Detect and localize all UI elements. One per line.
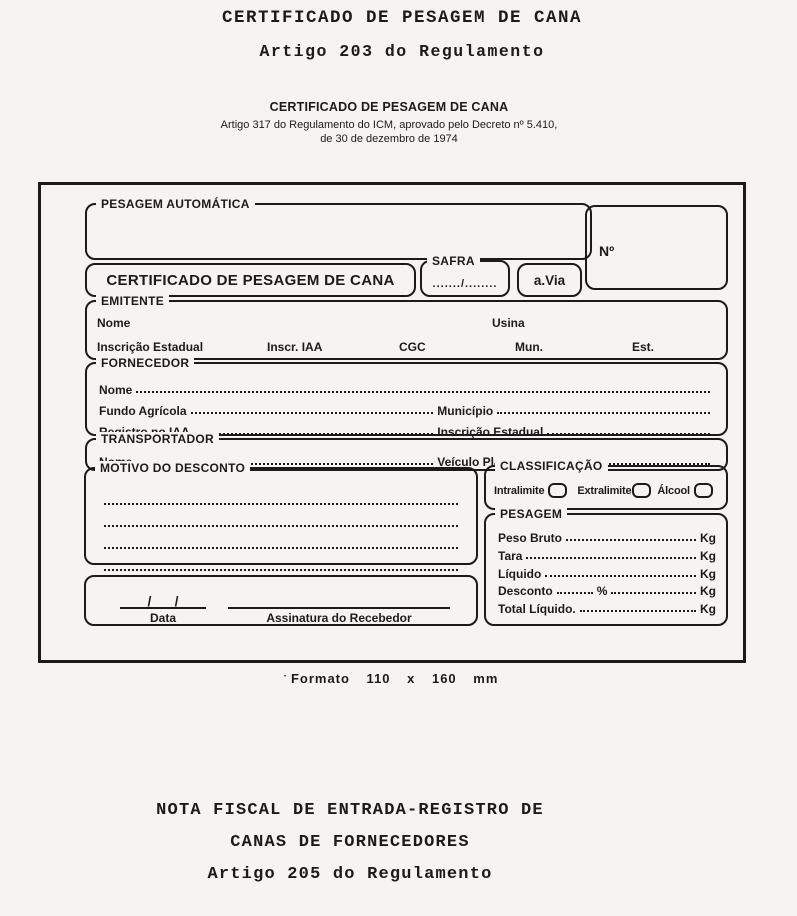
dotted-fill-line — [547, 433, 710, 435]
dotted-fill-line — [497, 412, 710, 414]
fornecedor-legend: FORNECEDOR — [96, 356, 194, 370]
data-label: Data — [120, 611, 206, 625]
motivo-dotted-line — [100, 487, 462, 509]
motivo-desconto-section: MOTIVO DO DESCONTO — [84, 467, 478, 565]
footer-title-block: NOTA FISCAL DE ENTRADA-REGISTRO DE CANAS… — [85, 801, 615, 897]
signature-field-line — [228, 587, 450, 609]
footer-line1: NOTA FISCAL DE ENTRADA-REGISTRO DE — [85, 801, 615, 820]
caption-text: Formato 110 x 160 mm — [291, 671, 498, 686]
fornecedor-nome-row: Nome — [99, 376, 714, 397]
fornecedor-municipio-label: Município — [437, 404, 493, 418]
scanned-document-page: CERTIFICADO DE PESAGEM DE CANA Artigo 20… — [0, 0, 797, 916]
liquido-label: Líquido — [498, 567, 541, 581]
fornecedor-nome-label: Nome — [99, 383, 132, 397]
pesagem-row-liquido: Líquido Kg — [498, 564, 716, 581]
format-caption: ·Formato 110 x 160 mm — [0, 671, 782, 686]
pesagem-legend: PESAGEM — [495, 507, 567, 521]
document-title-block: CERTIFICADO DE PESAGEM DE CANA Artigo 20… — [12, 8, 792, 61]
dotted-fill-line — [104, 503, 458, 505]
dotted-fill-line — [191, 412, 434, 414]
via-label: a.Via — [534, 273, 565, 288]
form-header-title: CERTIFICADO DE PESAGEM DE CANA — [0, 100, 778, 114]
percent-label: % — [597, 584, 608, 598]
fornecedor-fundo-row: Fundo Agrícola Município — [99, 397, 714, 418]
form-header: CERTIFICADO DE PESAGEM DE CANA Artigo 31… — [0, 100, 778, 146]
pesagem-section: PESAGEM Peso Bruto Kg Tara Kg Líquido Kg — [484, 513, 728, 626]
desconto-label: Desconto — [498, 584, 553, 598]
tara-label: Tara — [498, 549, 522, 563]
numero-box: Nº — [585, 205, 728, 290]
kg-unit-label: Kg — [700, 602, 716, 616]
via-box: a.Via — [517, 263, 582, 297]
certificado-title: CERTIFICADO DE PESAGEM DE CANA — [106, 272, 394, 289]
safra-legend: SAFRA — [427, 254, 480, 268]
alcool-checkbox — [694, 483, 713, 498]
kg-unit-label: Kg — [700, 584, 716, 598]
fornecedor-section: FORNECEDOR Nome Fundo Agrícola Município — [85, 362, 728, 436]
classificacao-section: CLASSIFICAÇÃO Intralimite Extralimite Ál… — [484, 465, 728, 510]
emitente-cgc-label: CGC — [399, 340, 426, 354]
dotted-fill-line — [545, 575, 696, 577]
form-outline: PESAGEM AUTOMÁTICA Nº CERTIFICADO DE PES… — [38, 182, 746, 663]
emitente-section: EMITENTE Nome Usina Inscrição Estadual I… — [85, 300, 728, 360]
page-subtitle: Artigo 203 do Regulamento — [12, 42, 792, 61]
emitente-usina-label: Usina — [492, 316, 525, 330]
peso-bruto-label: Peso Bruto — [498, 531, 562, 545]
footer-line3: Artigo 205 do Regulamento — [85, 865, 615, 884]
recebimento-box: / / Data Assinatura do Recebedor — [84, 575, 478, 626]
dotted-fill-line — [580, 610, 696, 612]
kg-unit-label: Kg — [700, 531, 716, 545]
date-field-line: / / — [120, 587, 206, 609]
kg-unit-label: Kg — [700, 549, 716, 563]
kg-unit-label: Kg — [700, 567, 716, 581]
dotted-fill-line — [611, 592, 696, 594]
emitente-inscr-iaa-label: Inscr. IAA — [267, 340, 322, 354]
safra-section: SAFRA ......./........ — [420, 260, 510, 297]
pesagem-row-total-liquido: Total Líquido. Kg — [498, 599, 716, 616]
classificacao-legend: CLASSIFICAÇÃO — [495, 459, 608, 473]
emitente-est-label: Est. — [632, 340, 654, 354]
dotted-fill-line — [194, 433, 434, 435]
form-header-line1: Artigo 317 do Regulamento do ICM, aprova… — [0, 119, 778, 133]
pesagem-row-desconto: Desconto % Kg — [498, 581, 716, 598]
safra-value: ......./........ — [422, 278, 508, 290]
intralimite-label: Intralimite — [494, 485, 544, 497]
total-liquido-label: Total Líquido. — [498, 602, 576, 616]
form-header-line2: de 30 de dezembro de 1974 — [0, 133, 778, 147]
dotted-fill-line — [104, 525, 458, 527]
emitente-mun-label: Mun. — [515, 340, 543, 354]
motivo-dotted-line — [100, 509, 462, 531]
transportador-legend: TRANSPORTADOR — [96, 432, 219, 446]
pesagem-row-tara: Tara Kg — [498, 546, 716, 563]
emitente-nome-label: Nome — [97, 316, 130, 330]
fornecedor-inscricao-label: Inscrição Estadual — [437, 425, 543, 439]
dotted-fill-line — [104, 547, 458, 549]
pesagem-automatica-section: PESAGEM AUTOMÁTICA — [85, 203, 592, 260]
dotted-fill-line — [104, 569, 458, 571]
page-title: CERTIFICADO DE PESAGEM DE CANA — [12, 8, 792, 28]
numero-label: Nº — [599, 243, 614, 259]
assinatura-label: Assinatura do Recebedor — [228, 611, 450, 625]
dotted-fill-line — [136, 391, 710, 393]
dotted-fill-line — [557, 592, 593, 594]
extralimite-label: Extralimite — [577, 485, 631, 497]
certificado-title-box: CERTIFICADO DE PESAGEM DE CANA — [85, 263, 416, 297]
caption-bullet: · — [284, 671, 288, 682]
motivo-dotted-line — [100, 553, 462, 575]
intralimite-checkbox — [548, 483, 567, 498]
pesagem-automatica-legend: PESAGEM AUTOMÁTICA — [96, 197, 255, 211]
emitente-inscricao-estadual-label: Inscrição Estadual — [97, 340, 203, 354]
motivo-desconto-legend: MOTIVO DO DESCONTO — [95, 461, 250, 475]
motivo-dotted-line — [100, 531, 462, 553]
dotted-fill-line — [526, 557, 696, 559]
pesagem-row-peso-bruto: Peso Bruto Kg — [498, 528, 716, 545]
alcool-label: Álcool — [657, 485, 689, 497]
extralimite-checkbox — [632, 483, 651, 498]
dotted-fill-line — [566, 539, 696, 541]
footer-line2: CANAS DE FORNECEDORES — [85, 833, 615, 852]
emitente-legend: EMITENTE — [96, 294, 169, 308]
fornecedor-fundo-label: Fundo Agrícola — [99, 404, 187, 418]
